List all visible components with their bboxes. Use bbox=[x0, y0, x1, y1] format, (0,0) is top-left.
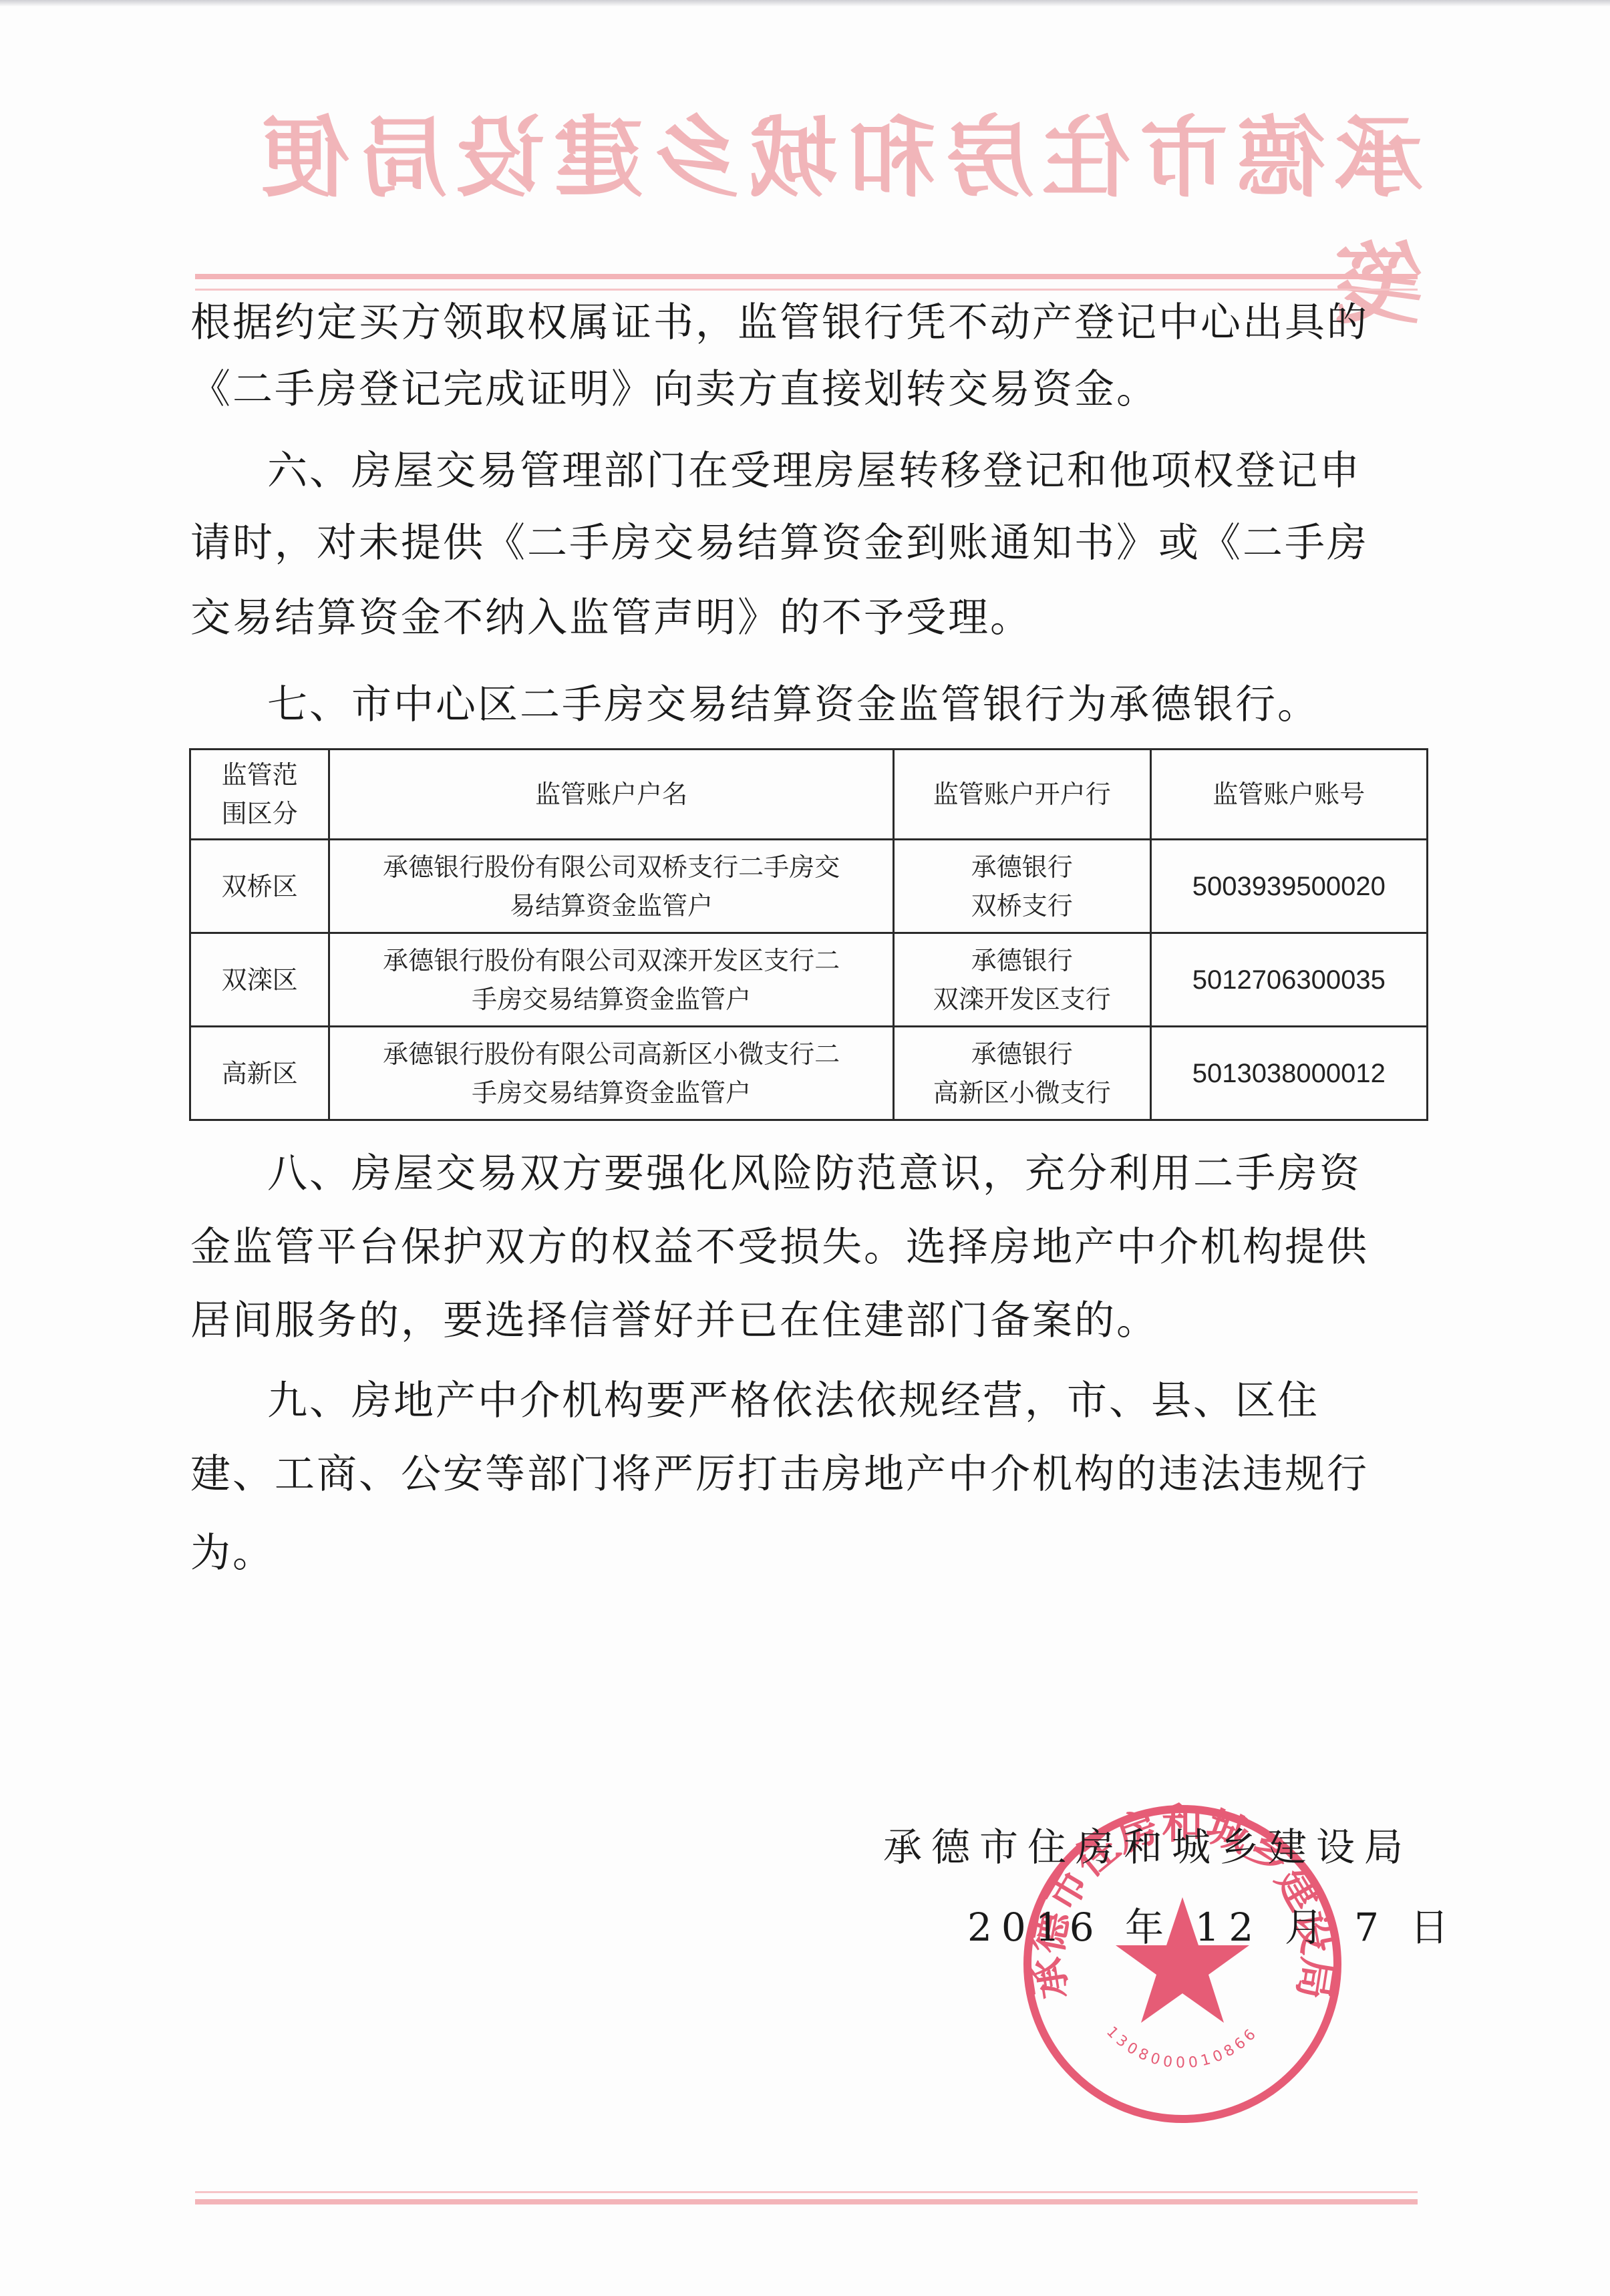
letterhead-title: 承德市住房和城乡建设局便笺 bbox=[187, 167, 1423, 261]
paragraph-9-line-1: 九、房地产中介机构要严格依法依规经营，市、县、区住 bbox=[267, 1371, 1420, 1431]
header-district-line-1: 监管范 bbox=[196, 756, 323, 794]
paragraph-8-line-1: 八、房屋交易双方要强化风险防范意识，充分利用二手房资 bbox=[267, 1144, 1420, 1204]
paragraph-5-line-2: 《二手房登记完成证明》向卖方直接划转交易资金。 bbox=[190, 359, 1420, 420]
cell-district: 双滦区 bbox=[190, 933, 329, 1027]
cell-account-name-line-2: 易结算资金监管户 bbox=[335, 886, 887, 925]
paragraph-6-line-3: 交易结算资金不纳入监管声明》的不予受理。 bbox=[190, 588, 1420, 648]
cell-bank: 承德银行 双桥支行 bbox=[893, 840, 1150, 933]
header-district-line-2: 围区分 bbox=[196, 794, 323, 833]
paragraph-6-line-1: 六、房屋交易管理部门在受理房屋转移登记和他项权登记申 bbox=[267, 441, 1420, 501]
cell-district: 高新区 bbox=[190, 1027, 329, 1120]
paragraph-6-line-2: 请时，对未提供《二手房交易结算资金到账通知书》或《二手房 bbox=[190, 513, 1420, 573]
cell-district: 双桥区 bbox=[190, 840, 329, 933]
cell-account-no: 5003939500020 bbox=[1150, 840, 1427, 933]
paragraph-8-line-3: 居间服务的，要选择信誉好并已在住建部门备案的。 bbox=[190, 1291, 1420, 1351]
cell-account-name: 承德银行股份有限公司高新区小微支行二 手房交易结算资金监管户 bbox=[329, 1027, 894, 1120]
page-top-shade bbox=[0, 0, 1610, 7]
letterhead-rule-thin bbox=[195, 289, 1418, 291]
cell-account-no: 5013038000012 bbox=[1150, 1027, 1427, 1120]
cell-bank-line-1: 承德银行 bbox=[900, 848, 1144, 886]
svg-text:1308000010866: 1308000010866 bbox=[1103, 2023, 1262, 2072]
cell-account-name-line-1: 承德银行股份有限公司双滦开发区支行二 bbox=[335, 941, 887, 980]
cell-bank-line-1: 承德银行 bbox=[900, 1035, 1144, 1074]
cell-bank-line-2: 双桥支行 bbox=[900, 886, 1144, 925]
paragraph-8-line-2: 金监管平台保护双方的权益不受损失。选择房地产中介机构提供 bbox=[190, 1217, 1420, 1277]
footer-rule-thin bbox=[195, 2191, 1418, 2193]
cell-account-name-line-1: 承德银行股份有限公司双桥支行二手房交 bbox=[335, 848, 887, 886]
cell-bank-line-1: 承德银行 bbox=[900, 941, 1144, 980]
cell-bank: 承德银行 双滦开发区支行 bbox=[893, 933, 1150, 1027]
footer-rule bbox=[195, 2199, 1418, 2204]
table-row: 双滦区 承德银行股份有限公司双滦开发区支行二 手房交易结算资金监管户 承德银行 … bbox=[190, 933, 1428, 1027]
cell-account-name-line-1: 承德银行股份有限公司高新区小微支行二 bbox=[335, 1035, 887, 1074]
cell-bank-line-2: 高新区小微支行 bbox=[900, 1074, 1144, 1112]
cell-account-name-line-2: 手房交易结算资金监管户 bbox=[335, 1074, 887, 1112]
table-row: 高新区 承德银行股份有限公司高新区小微支行二 手房交易结算资金监管户 承德银行 … bbox=[190, 1027, 1428, 1120]
paragraph-9-line-3: 为。 bbox=[190, 1523, 1420, 1583]
cell-account-no: 5012706300035 bbox=[1150, 933, 1427, 1027]
paragraph-9-line-2: 建、工商、公安等部门将严厉打击房地产中介机构的违法违规行 bbox=[190, 1444, 1420, 1504]
header-account-no: 监管账户账号 bbox=[1150, 750, 1427, 840]
table-row: 双桥区 承德银行股份有限公司双桥支行二手房交 易结算资金监管户 承德银行 双桥支… bbox=[190, 840, 1428, 933]
header-bank: 监管账户开户行 bbox=[893, 750, 1150, 840]
cell-account-name: 承德银行股份有限公司双滦开发区支行二 手房交易结算资金监管户 bbox=[329, 933, 894, 1027]
cell-bank-line-2: 双滦开发区支行 bbox=[900, 980, 1144, 1019]
cell-account-name: 承德银行股份有限公司双桥支行二手房交 易结算资金监管户 bbox=[329, 840, 894, 933]
seal-code: 1308000010866 bbox=[1103, 2023, 1262, 2072]
paragraph-7-line-1: 七、市中心区二手房交易结算资金监管银行为承德银行。 bbox=[267, 675, 1420, 735]
paragraph-5-line-1: 根据约定买方领取权属证书，监管银行凭不动产登记中心出具的 bbox=[190, 293, 1420, 353]
cell-bank: 承德银行 高新区小微支行 bbox=[893, 1027, 1150, 1120]
header-account-name: 监管账户户名 bbox=[329, 750, 894, 840]
letterhead-rule bbox=[195, 274, 1418, 279]
issue-date: 2016 年 12 月 7 日 bbox=[967, 1896, 1458, 1952]
cell-account-name-line-2: 手房交易结算资金监管户 bbox=[335, 980, 887, 1019]
supervision-account-table: 监管范 围区分 监管账户户名 监管账户开户行 监管账户账号 双桥区 承德银行股份… bbox=[189, 748, 1428, 1121]
issuer-name: 承德市住房和城乡建设局 bbox=[883, 1816, 1412, 1872]
table-header-row: 监管范 围区分 监管账户户名 监管账户开户行 监管账户账号 bbox=[190, 750, 1428, 840]
header-district: 监管范 围区分 bbox=[190, 750, 329, 840]
